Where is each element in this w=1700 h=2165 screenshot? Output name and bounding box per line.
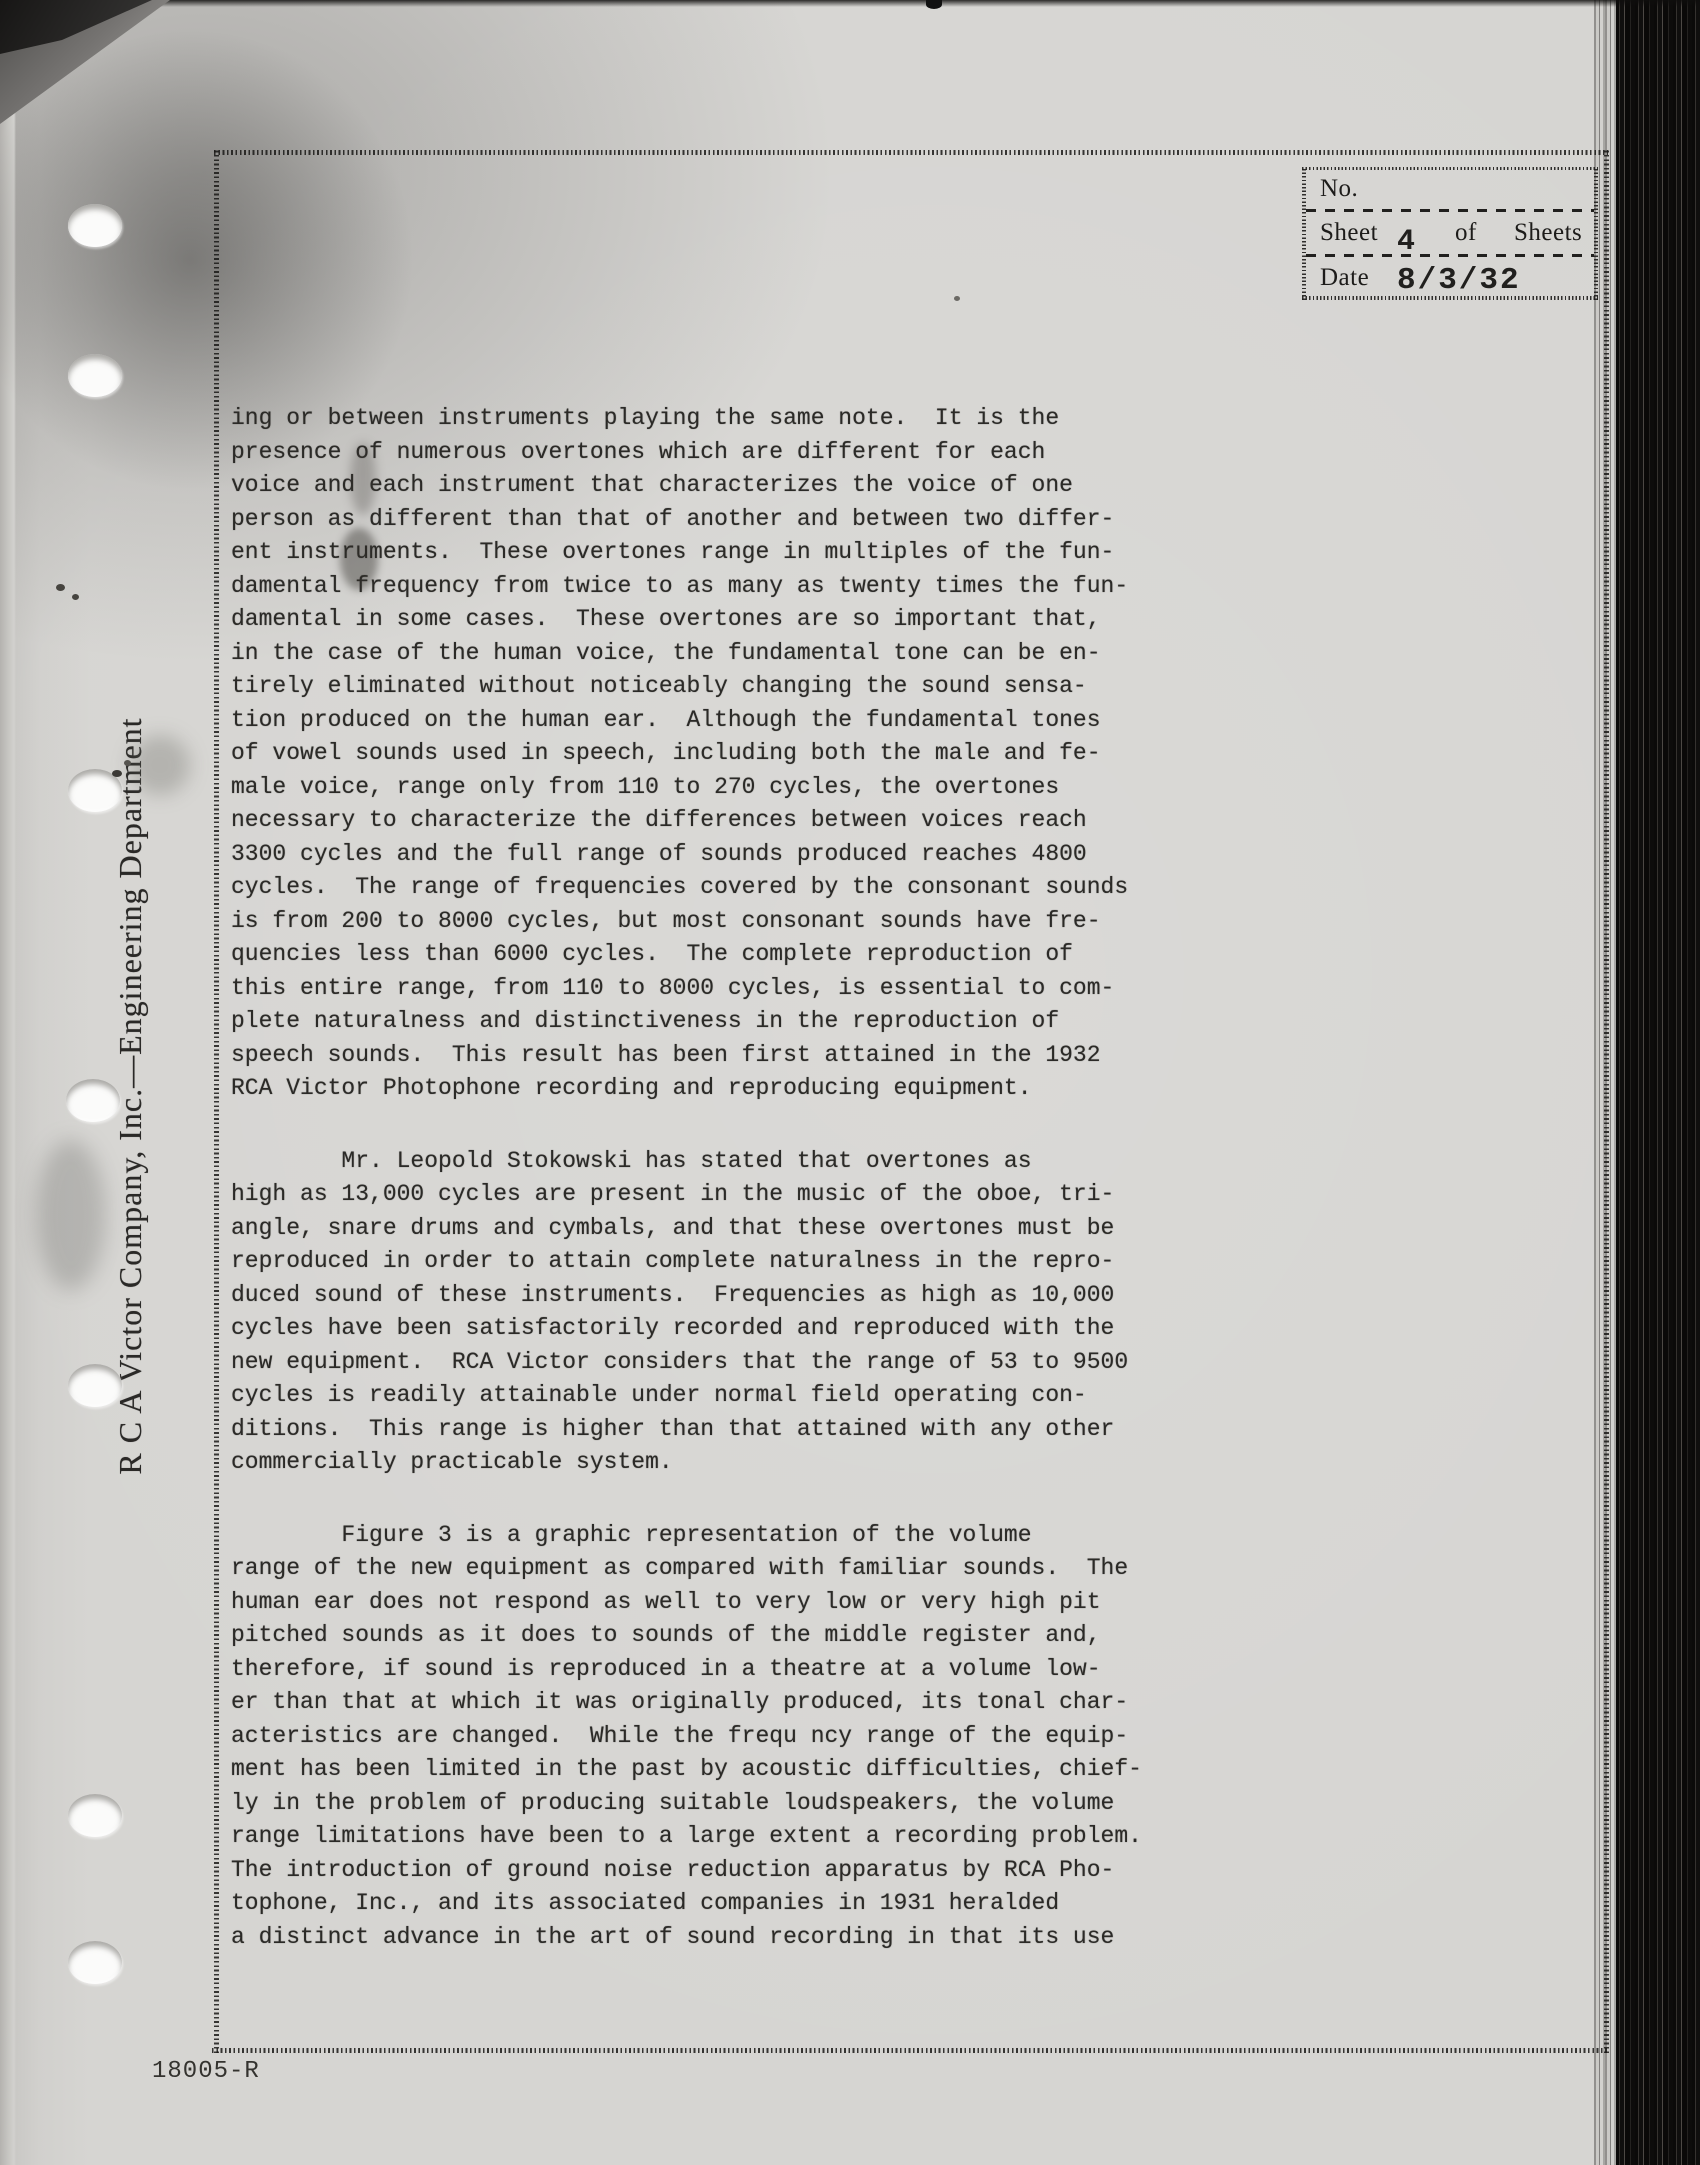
text-line: is from 200 to 8000 cycles, but most con…: [231, 905, 1411, 939]
text-line: tophone, Inc., and its associated compan…: [231, 1887, 1411, 1921]
text-line: range of the new equipment as compared w…: [231, 1552, 1411, 1586]
text-line: presence of numerous overtones which are…: [231, 436, 1411, 470]
ink-speck: [112, 770, 122, 777]
text-line: cycles is readily attainable under norma…: [231, 1379, 1411, 1413]
text-line: human ear does not respond as well to ve…: [231, 1586, 1411, 1620]
text-line: ent instruments. These overtones range i…: [231, 536, 1411, 570]
typed-text-block: ing or between instruments playing the s…: [231, 402, 1411, 1954]
no-label: No.: [1320, 175, 1358, 203]
text-line: acteristics are changed. While the frequ…: [231, 1720, 1411, 1754]
text-line: new equipment. RCA Victor considers that…: [231, 1346, 1411, 1380]
paragraph: Figure 3 is a graphic representation of …: [231, 1519, 1411, 1955]
text-line: ing or between instruments playing the s…: [231, 402, 1411, 436]
ink-speck: [56, 584, 65, 591]
paper-left-edge: [0, 0, 16, 2165]
paragraph: ing or between instruments playing the s…: [231, 402, 1411, 1106]
text-line: range limitations have been to a large e…: [231, 1820, 1411, 1854]
box-row-separator: [1306, 209, 1594, 212]
text-line: duced sound of these instruments. Freque…: [231, 1279, 1411, 1313]
text-line: damental in some cases. These overtones …: [231, 603, 1411, 637]
text-line: voice and each instrument that character…: [231, 469, 1411, 503]
text-line: Mr. Leopold Stokowski has stated that ov…: [231, 1145, 1411, 1179]
scan-top-edge: [24, 0, 1700, 7]
text-line: Figure 3 is a graphic representation of …: [231, 1519, 1411, 1553]
punch-hole: [68, 204, 122, 247]
text-line: angle, snare drums and cymbals, and that…: [231, 1212, 1411, 1246]
text-line: 3300 cycles and the full range of sounds…: [231, 838, 1411, 872]
text-line: cycles have been satisfactorily recorded…: [231, 1312, 1411, 1346]
text-line: speech sounds. This result has been firs…: [231, 1039, 1411, 1073]
text-line: The introduction of ground noise reducti…: [231, 1854, 1411, 1888]
sheet-value: 4: [1397, 225, 1415, 259]
ink-speck: [72, 594, 79, 600]
text-line: necessary to characterize the difference…: [231, 804, 1411, 838]
box-border-left: [1302, 167, 1306, 300]
text-line: in the case of the human voice, the fund…: [231, 637, 1411, 671]
scan-book-edge-band: [1616, 0, 1700, 2165]
text-line: tirely eliminated without noticeably cha…: [231, 670, 1411, 704]
text-line: person as different than that of another…: [231, 503, 1411, 537]
text-line: ment has been limited in the past by aco…: [231, 1753, 1411, 1787]
ink-speck: [124, 760, 131, 766]
punch-hole: [68, 354, 122, 397]
letterhead-vertical-text: R C A Victor Company, Inc.—Engineering D…: [112, 626, 164, 1566]
text-line: ditions. This range is higher than that …: [231, 1413, 1411, 1447]
text-line: plete naturalness and distinctiveness in…: [231, 1005, 1411, 1039]
frame-border-left: [214, 150, 219, 2053]
text-line: quencies less than 6000 cycles. The comp…: [231, 938, 1411, 972]
text-line: commercially practicable system.: [231, 1446, 1411, 1480]
text-line: ly in the problem of producing suitable …: [231, 1787, 1411, 1821]
sheet-label: Sheet: [1320, 219, 1378, 247]
text-line: RCA Victor Photophone recording and repr…: [231, 1072, 1411, 1106]
text-line: therefore, if sound is reproduced in a t…: [231, 1653, 1411, 1687]
box-border-top: [1302, 167, 1598, 170]
date-value: 8/3/32: [1397, 263, 1521, 298]
text-line: reproduced in order to attain complete n…: [231, 1245, 1411, 1279]
frame-border-right: [1604, 150, 1609, 2053]
punch-hole: [66, 1079, 120, 1122]
frame-border-top: [214, 150, 1608, 155]
frame-border-bottom: [212, 2048, 1608, 2053]
sheets-label: Sheets: [1514, 219, 1582, 247]
punch-hole: [68, 1364, 122, 1407]
text-line: male voice, range only from 110 to 270 c…: [231, 771, 1411, 805]
sheet-number-box: No. Sheet 4 of Sheets Date 8/3/32: [1302, 167, 1598, 300]
text-line: cycles. The range of frequencies covered…: [231, 871, 1411, 905]
paragraph: Mr. Leopold Stokowski has stated that ov…: [231, 1145, 1411, 1480]
text-line: a distinct advance in the art of sound r…: [231, 1921, 1411, 1955]
punch-hole: [68, 1794, 122, 1837]
punch-hole: [68, 1941, 122, 1984]
box-border-right: [1594, 167, 1598, 300]
text-line: er than that at which it was originally …: [231, 1686, 1411, 1720]
scan-mark: [926, 0, 942, 9]
of-label: of: [1455, 219, 1477, 247]
scanned-document-page: No. Sheet 4 of Sheets Date 8/3/32 R C A …: [0, 0, 1700, 2165]
paper-smudge: [36, 1140, 106, 1290]
text-line: tion produced on the human ear. Although…: [231, 704, 1411, 738]
text-line: pitched sounds as it does to sounds of t…: [231, 1619, 1411, 1653]
box-row-separator: [1306, 254, 1594, 257]
text-line: of vowel sounds used in speech, includin…: [231, 737, 1411, 771]
date-label: Date: [1320, 264, 1369, 292]
ink-speck: [954, 296, 960, 301]
form-number: 18005-R: [152, 2058, 260, 2085]
text-line: this entire range, from 110 to 8000 cycl…: [231, 972, 1411, 1006]
text-line: damental frequency from twice to as many…: [231, 570, 1411, 604]
text-line: high as 13,000 cycles are present in the…: [231, 1178, 1411, 1212]
